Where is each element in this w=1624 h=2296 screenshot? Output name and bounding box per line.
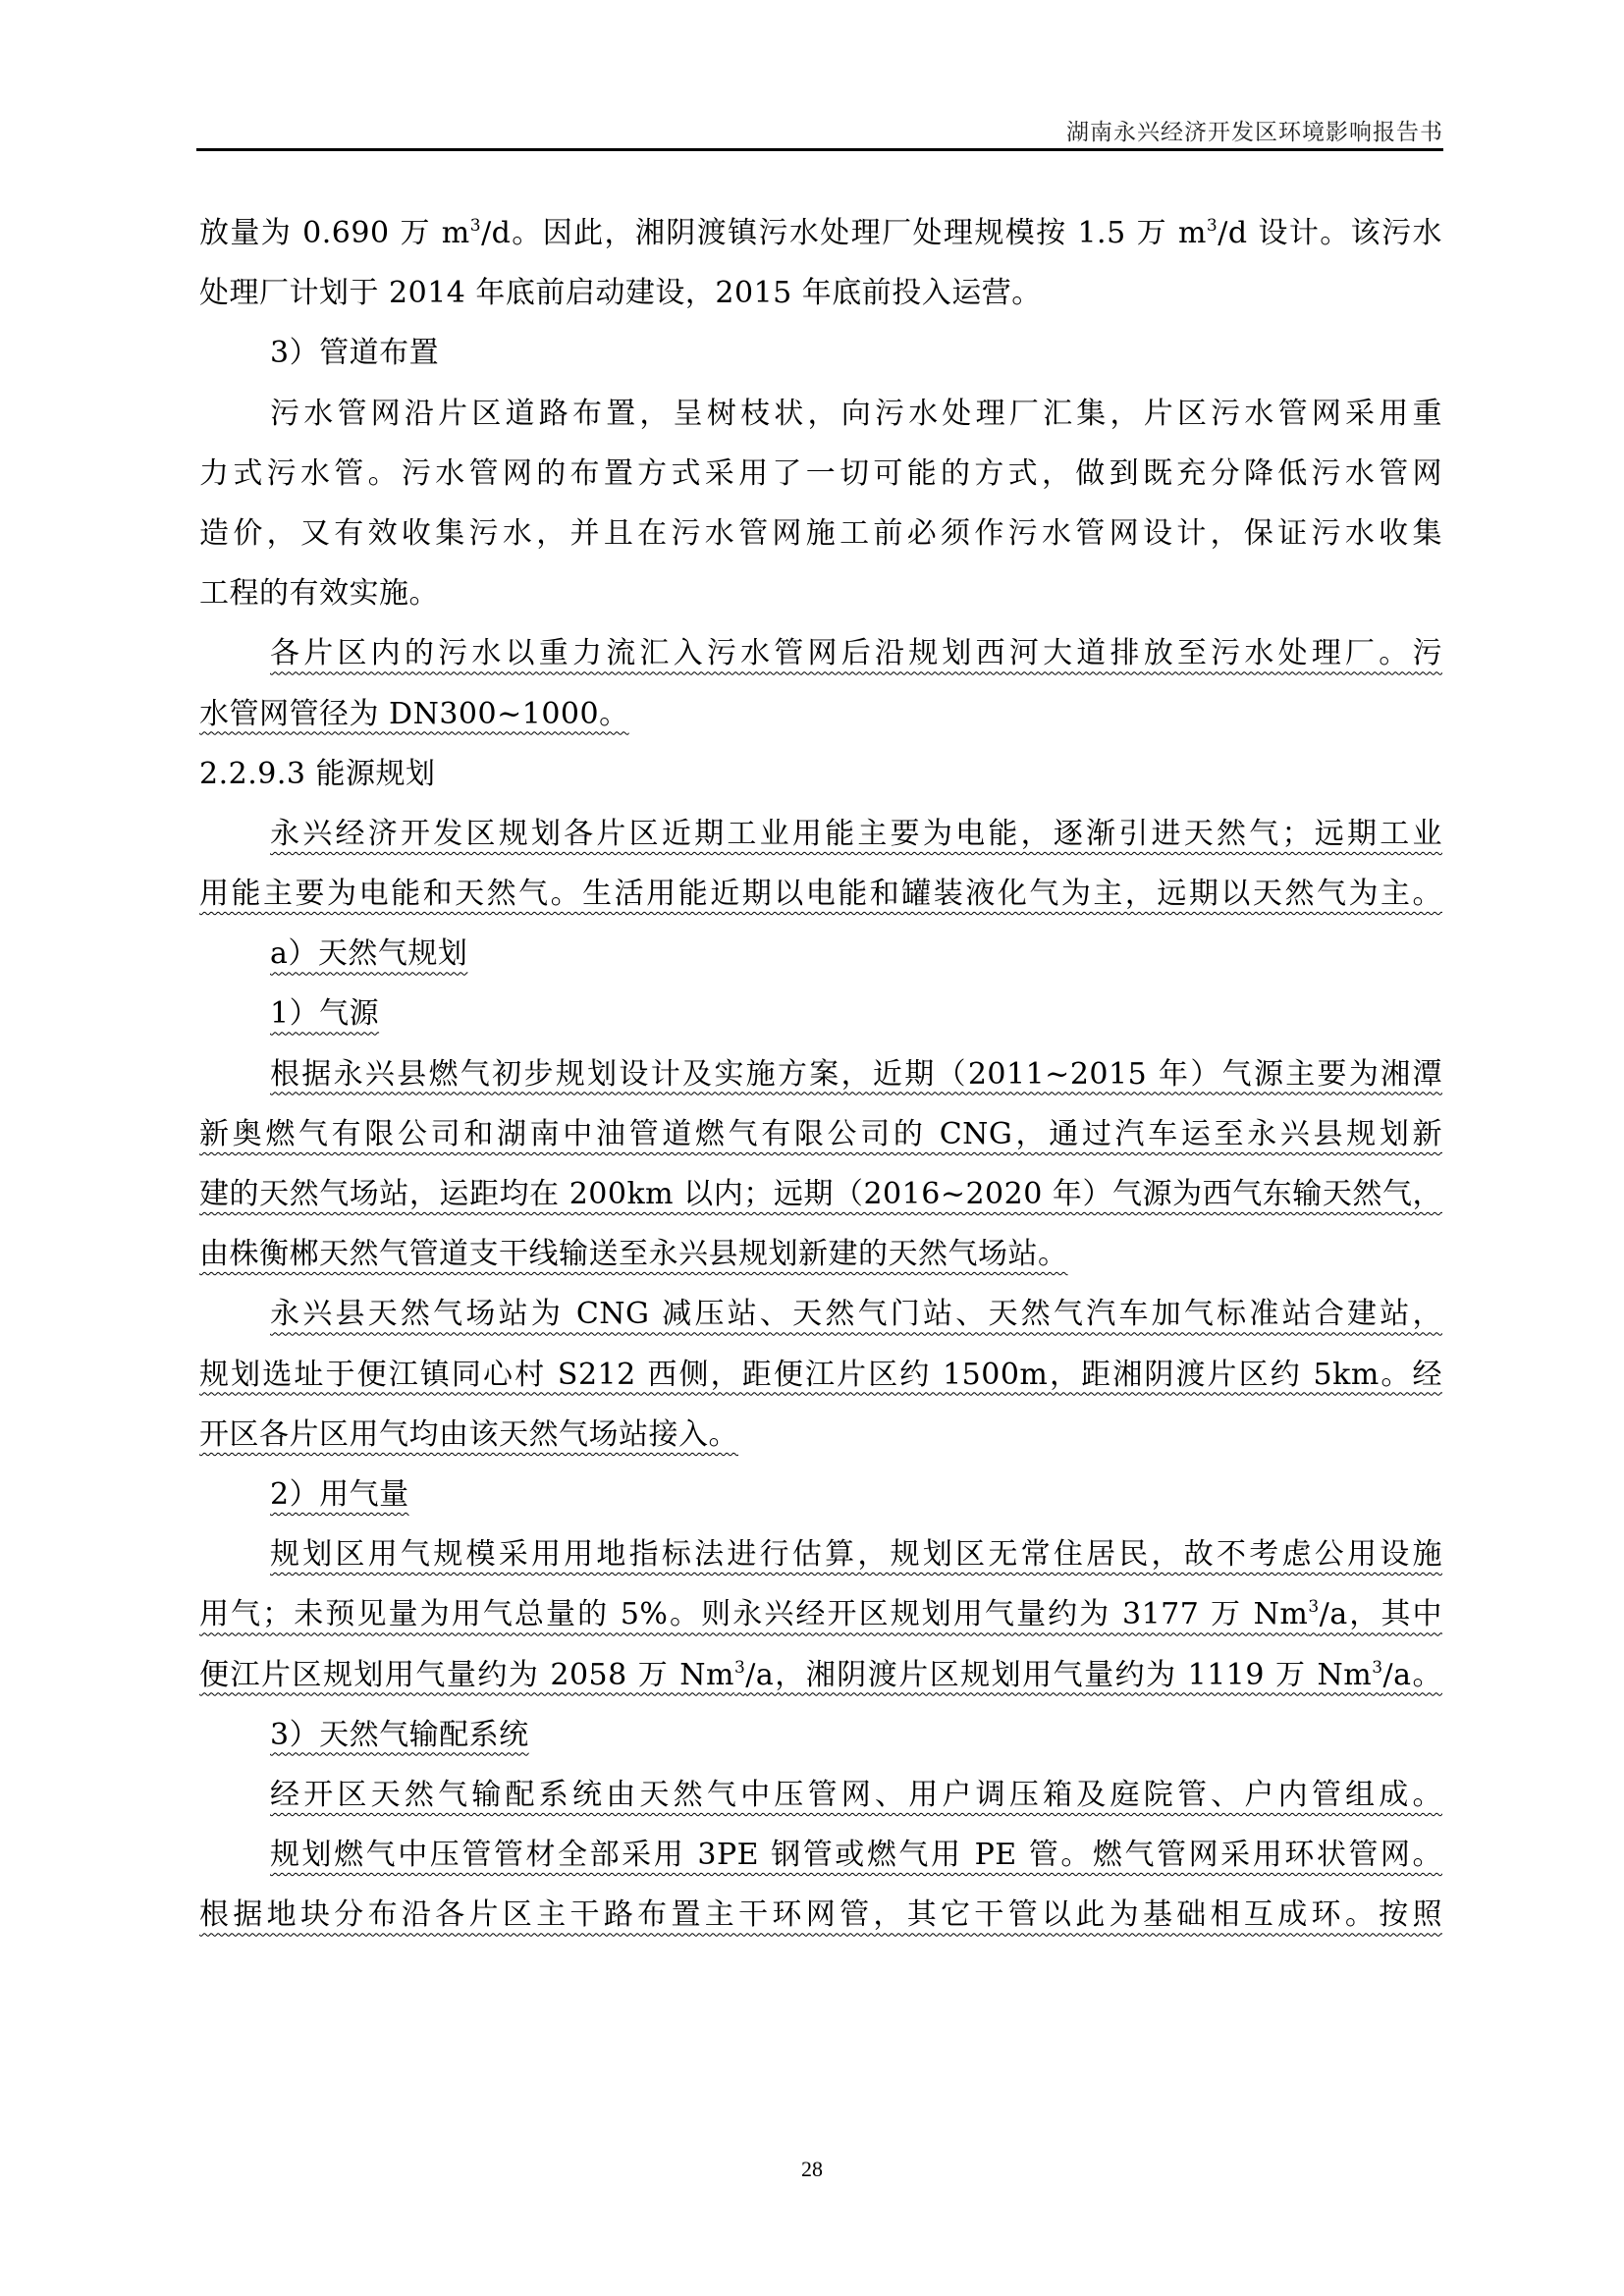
text-run: /a，湘阴渡片区规划用气量约为 1119 万 Nm: [745, 1658, 1372, 1692]
text-run: /a。: [1383, 1658, 1442, 1692]
text-line: 3）管道布置: [199, 330, 1442, 390]
text-span: 处理厂计划于 2014 年底前启动建设，2015 年底前投入运营。: [199, 276, 1042, 310]
text-run: /a，其中: [1320, 1597, 1442, 1631]
underlined-text: 规划选址于便江镇同心村 S212 西侧，距便江片区约 1500m，距湘阴渡片区约…: [199, 1358, 1442, 1392]
text-run: 新奥燃气有限公司和湖南中油管道燃气有限公司的 CNG，通过汽车运至永兴县规划新: [199, 1117, 1442, 1151]
text-run: 规划区用气规模采用用地指标法进行估算，规划区无常住居民，故不考虑公用设施: [270, 1537, 1442, 1572]
underlined-text: 永兴经济开发区规划各片区近期工业用能主要为电能，逐渐引进天然气；远期工业: [270, 817, 1442, 851]
text-line: 规划区用气规模采用用地指标法进行估算，规划区无常住居民，故不考虑公用设施: [199, 1531, 1442, 1591]
text-run: 污水管网沿片区道路布置，呈树枝状，向污水处理厂汇集，片区污水管网采用重: [270, 397, 1442, 431]
underlined-text: 新奥燃气有限公司和湖南中油管道燃气有限公司的 CNG，通过汽车运至永兴县规划新: [199, 1117, 1442, 1151]
text-run: 经开区天然气输配系统由天然气中压管网、用户调压箱及庭院管、户内管组成。: [270, 1778, 1442, 1812]
text-run: 根据地块分布沿各片区主干路布置主干环网管，其它干管以此为基础相互成环。按照: [199, 1897, 1442, 1932]
underlined-text: 规划区用气规模采用用地指标法进行估算，规划区无常住居民，故不考虑公用设施: [270, 1537, 1442, 1572]
text-run: 造价，又有效收集污水，并且在污水管网施工前必须作污水管网设计，保证污水收集: [199, 516, 1442, 551]
text-run: 2）用气量: [270, 1477, 409, 1512]
text-line: 由株衡郴天然气管道支干线输送至永兴县规划新建的天然气场站。: [199, 1231, 1442, 1291]
superscript: 3: [470, 216, 481, 236]
text-span: 污水管网沿片区道路布置，呈树枝状，向污水处理厂汇集，片区污水管网采用重: [270, 397, 1442, 431]
text-line: 永兴县天然气场站为 CNG 减压站、天然气门站、天然气汽车加气标准站合建站，: [199, 1291, 1442, 1351]
text-run: 1）气源: [270, 996, 379, 1031]
text-run: 3）管道布置: [270, 336, 439, 370]
superscript: 3: [1372, 1658, 1382, 1678]
text-run: 用能主要为电能和天然气。生活用能近期以电能和罐装液化气为主，远期以天然气为主。: [199, 877, 1442, 911]
underlined-text: 规划燃气中压管管材全部采用 3PE 钢管或燃气用 PE 管。燃气管网采用环状管网…: [270, 1838, 1442, 1872]
underlined-text: 根据地块分布沿各片区主干路布置主干环网管，其它干管以此为基础相互成环。按照: [199, 1897, 1442, 1932]
page-header: 湖南永兴经济开发区环境影响报告书: [196, 110, 1443, 153]
text-line: 工程的有效实施。: [199, 570, 1442, 630]
text-run: /d。因此，湘阴渡镇污水处理厂处理规模按 1.5 万 m: [481, 216, 1207, 250]
page-number: 28: [0, 2157, 1624, 2182]
text-line: 各片区内的污水以重力流汇入污水管网后沿规划西河大道排放至污水处理厂。污: [199, 630, 1442, 690]
text-run: 由株衡郴天然气管道支干线输送至永兴县规划新建的天然气场站。: [199, 1237, 1068, 1271]
text-run: /d 设计。该污水: [1218, 216, 1442, 250]
text-run: 力式污水管。污水管网的布置方式采用了一切可能的方式，做到既充分降低污水管网: [199, 456, 1442, 491]
underlined-text: 经开区天然气输配系统由天然气中压管网、用户调压箱及庭院管、户内管组成。: [270, 1778, 1442, 1812]
text-line: 规划燃气中压管管材全部采用 3PE 钢管或燃气用 PE 管。燃气管网采用环状管网…: [199, 1832, 1442, 1892]
text-line: 2.2.9.3 能源规划: [199, 751, 1442, 811]
text-line: 水管网管径为 DN300~1000。: [199, 691, 1442, 751]
superscript: 3: [1207, 216, 1218, 236]
text-run: 放量为 0.690 万 m: [199, 216, 470, 250]
underlined-text: 根据永兴县燃气初步规划设计及实施方案，近期（2011~2015 年）气源主要为湘…: [270, 1057, 1442, 1092]
text-line: 经开区天然气输配系统由天然气中压管网、用户调压箱及庭院管、户内管组成。: [199, 1772, 1442, 1832]
text-run: 建的天然气场站，运距均在 200km 以内；远期（2016~2020 年）气源为…: [199, 1177, 1442, 1211]
underlined-text: 用气；未预见量为用气总量的 5%。则永兴经开区规划用气量约为 3177 万 Nm…: [199, 1597, 1442, 1631]
underlined-text: 开区各片区用气均由该天然气场站接入。: [199, 1417, 738, 1452]
text-line: 便江片区规划用气量约为 2058 万 Nm3/a，湘阴渡片区规划用气量约为 11…: [199, 1652, 1442, 1712]
text-span: 力式污水管。污水管网的布置方式采用了一切可能的方式，做到既充分降低污水管网: [199, 456, 1442, 491]
text-span: 3）管道布置: [270, 336, 439, 370]
superscript: 3: [734, 1658, 745, 1678]
underlined-text: a）天然气规划: [270, 936, 467, 971]
text-line: 处理厂计划于 2014 年底前启动建设，2015 年底前投入运营。: [199, 270, 1442, 330]
text-line: 建的天然气场站，运距均在 200km 以内；远期（2016~2020 年）气源为…: [199, 1171, 1442, 1231]
text-line: 放量为 0.690 万 m3/d。因此，湘阴渡镇污水处理厂处理规模按 1.5 万…: [199, 210, 1442, 270]
underlined-text: 1）气源: [270, 996, 379, 1031]
superscript: 3: [1308, 1597, 1319, 1617]
text-line: 污水管网沿片区道路布置，呈树枝状，向污水处理厂汇集，片区污水管网采用重: [199, 391, 1442, 451]
text-line: 开区各片区用气均由该天然气场站接入。: [199, 1412, 1442, 1471]
text-run: 处理厂计划于 2014 年底前启动建设，2015 年底前投入运营。: [199, 276, 1042, 310]
text-run: 3）天然气输配系统: [270, 1718, 529, 1752]
text-line: 用气；未预见量为用气总量的 5%。则永兴经开区规划用气量约为 3177 万 Nm…: [199, 1591, 1442, 1651]
text-run: 永兴县天然气场站为 CNG 减压站、天然气门站、天然气汽车加气标准站合建站，: [270, 1297, 1442, 1331]
text-line: 用能主要为电能和天然气。生活用能近期以电能和罐装液化气为主，远期以天然气为主。: [199, 871, 1442, 931]
text-span: 放量为 0.690 万 m3/d。因此，湘阴渡镇污水处理厂处理规模按 1.5 万…: [199, 216, 1442, 250]
text-line: 规划选址于便江镇同心村 S212 西侧，距便江片区约 1500m，距湘阴渡片区约…: [199, 1352, 1442, 1412]
text-run: 便江片区规划用气量约为 2058 万 Nm: [199, 1658, 734, 1692]
underlined-text: 永兴县天然气场站为 CNG 减压站、天然气门站、天然气汽车加气标准站合建站，: [270, 1297, 1442, 1331]
text-line: 造价，又有效收集污水，并且在污水管网施工前必须作污水管网设计，保证污水收集: [199, 510, 1442, 570]
text-line: 新奥燃气有限公司和湖南中油管道燃气有限公司的 CNG，通过汽车运至永兴县规划新: [199, 1111, 1442, 1171]
underlined-text: 各片区内的污水以重力流汇入污水管网后沿规划西河大道排放至污水处理厂。污: [270, 636, 1442, 670]
text-run: 永兴经济开发区规划各片区近期工业用能主要为电能，逐渐引进天然气；远期工业: [270, 817, 1442, 851]
text-line: 1）气源: [199, 990, 1442, 1050]
document-title: 湖南永兴经济开发区环境影响报告书: [1066, 114, 1443, 146]
underlined-text: 便江片区规划用气量约为 2058 万 Nm3/a，湘阴渡片区规划用气量约为 11…: [199, 1658, 1442, 1692]
underlined-text: 2）用气量: [270, 1477, 409, 1512]
header-divider: [196, 148, 1443, 151]
underlined-text: 用能主要为电能和天然气。生活用能近期以电能和罐装液化气为主，远期以天然气为主。: [199, 877, 1442, 911]
text-span: 造价，又有效收集污水，并且在污水管网施工前必须作污水管网设计，保证污水收集: [199, 516, 1442, 551]
text-run: a）天然气规划: [270, 936, 467, 971]
text-line: 永兴经济开发区规划各片区近期工业用能主要为电能，逐渐引进天然气；远期工业: [199, 811, 1442, 871]
document-body: 放量为 0.690 万 m3/d。因此，湘阴渡镇污水处理厂处理规模按 1.5 万…: [199, 210, 1442, 1951]
text-run: 水管网管径为 DN300~1000。: [199, 697, 629, 731]
text-run: 规划选址于便江镇同心村 S212 西侧，距便江片区约 1500m，距湘阴渡片区约…: [199, 1358, 1442, 1392]
underlined-text: 3）天然气输配系统: [270, 1718, 529, 1752]
text-line: 2）用气量: [199, 1471, 1442, 1531]
text-line: 3）天然气输配系统: [199, 1712, 1442, 1772]
underlined-text: 建的天然气场站，运距均在 200km 以内；远期（2016~2020 年）气源为…: [199, 1177, 1442, 1211]
text-line: a）天然气规划: [199, 931, 1442, 990]
text-run: 各片区内的污水以重力流汇入污水管网后沿规划西河大道排放至污水处理厂。污: [270, 636, 1442, 670]
text-run: 工程的有效实施。: [199, 576, 439, 611]
text-run: 用气；未预见量为用气总量的 5%。则永兴经开区规划用气量约为 3177 万 Nm: [199, 1597, 1308, 1631]
underlined-text: 由株衡郴天然气管道支干线输送至永兴县规划新建的天然气场站。: [199, 1237, 1068, 1271]
text-run: 开区各片区用气均由该天然气场站接入。: [199, 1417, 738, 1452]
text-line: 根据永兴县燃气初步规划设计及实施方案，近期（2011~2015 年）气源主要为湘…: [199, 1051, 1442, 1111]
text-run: 根据永兴县燃气初步规划设计及实施方案，近期（2011~2015 年）气源主要为湘…: [270, 1057, 1442, 1092]
text-line: 根据地块分布沿各片区主干路布置主干环网管，其它干管以此为基础相互成环。按照: [199, 1892, 1442, 1951]
text-span: 工程的有效实施。: [199, 576, 439, 611]
text-span: 2.2.9.3 能源规划: [199, 757, 436, 791]
text-run: 规划燃气中压管管材全部采用 3PE 钢管或燃气用 PE 管。燃气管网采用环状管网…: [270, 1838, 1442, 1872]
text-run: 2.2.9.3 能源规划: [199, 757, 436, 791]
text-line: 力式污水管。污水管网的布置方式采用了一切可能的方式，做到既充分降低污水管网: [199, 451, 1442, 510]
underlined-text: 水管网管径为 DN300~1000。: [199, 697, 629, 731]
